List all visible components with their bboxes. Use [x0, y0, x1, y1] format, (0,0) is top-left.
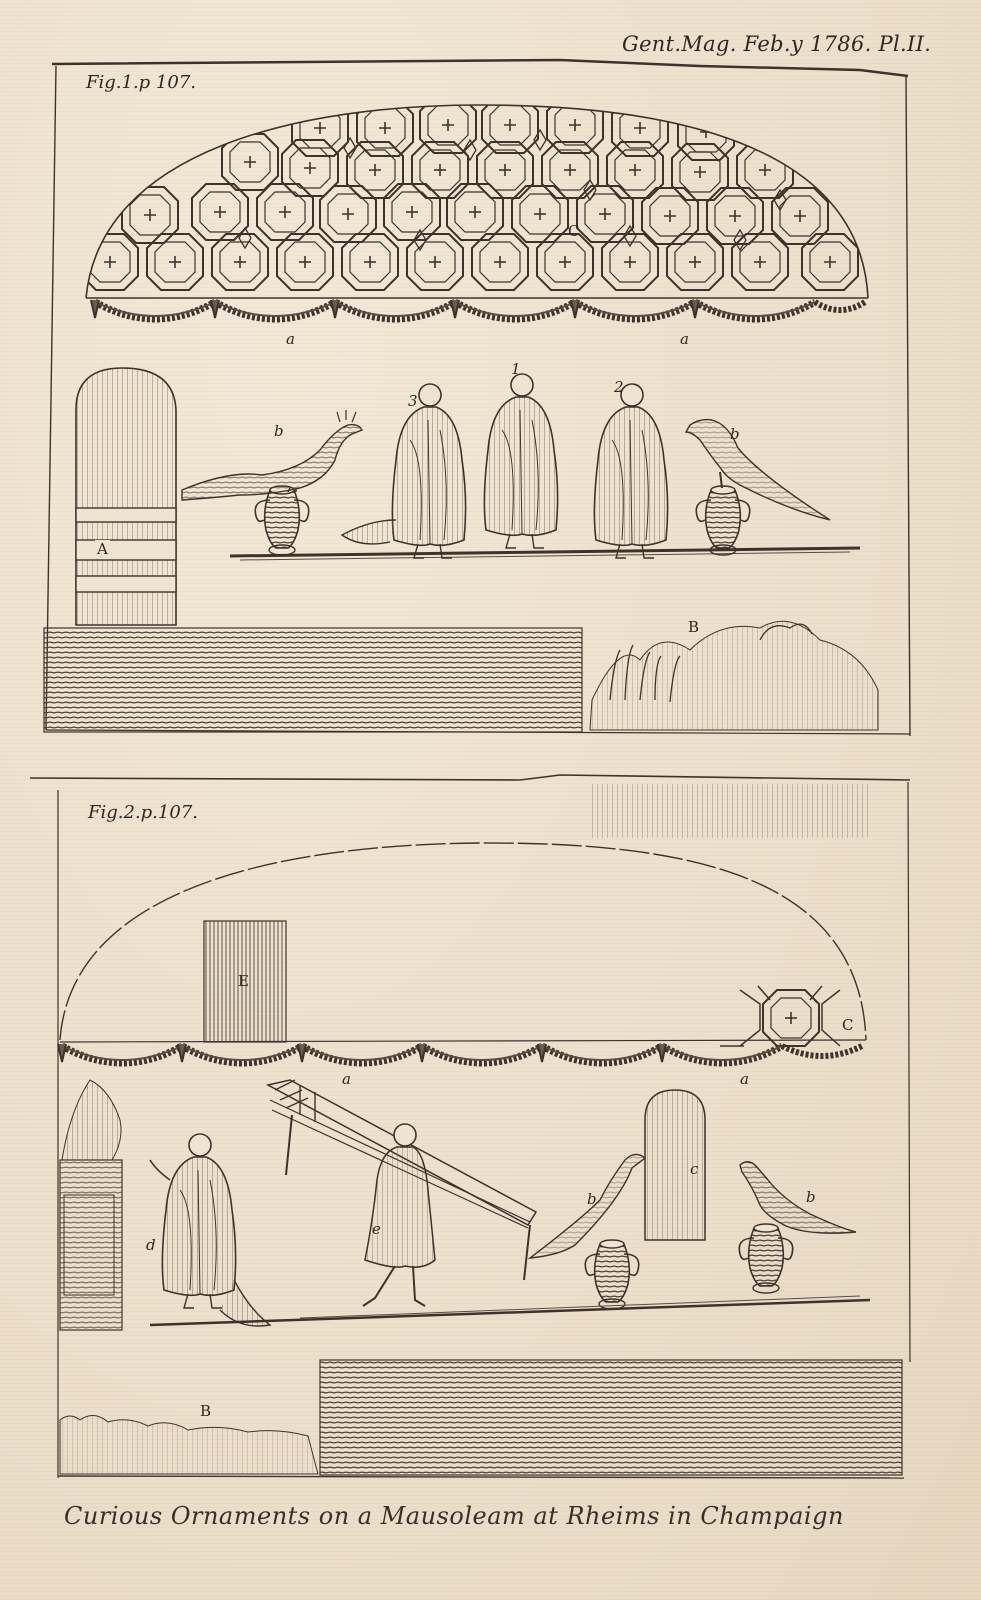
- bird-right: [686, 420, 830, 555]
- water-block-1: [44, 628, 582, 732]
- marker-b-2-left: b: [587, 1190, 597, 1208]
- marker-a-1-right: a: [680, 330, 689, 348]
- figure-2-label: Fig.2.p.107.: [88, 802, 198, 823]
- marker-b-1-right: b: [730, 425, 740, 443]
- marker-b-landscape-2: B: [200, 1402, 211, 1420]
- door-a: [76, 368, 176, 625]
- water-block-2: [320, 1360, 902, 1475]
- bird-right-2: [739, 1162, 856, 1293]
- marker-a-2-right: a: [740, 1070, 749, 1088]
- marker-a-1-left: a: [286, 330, 295, 348]
- robed-figure-d: [150, 1134, 270, 1326]
- marker-door-a: A: [95, 540, 110, 558]
- marker-3: 3: [408, 392, 418, 410]
- bird-left-2: [530, 1154, 645, 1309]
- marker-c-2: C: [842, 1016, 853, 1034]
- robed-figure-3: [342, 384, 466, 558]
- landscape-b-1: [590, 621, 878, 730]
- robed-figure-2: [594, 384, 667, 558]
- altar: [60, 1080, 122, 1330]
- marker-a-2-left: a: [342, 1070, 351, 1088]
- coffered-vault: [82, 97, 868, 298]
- marker-b-1-left: b: [274, 422, 284, 440]
- figure-1-label: Fig.1.p 107.: [86, 72, 196, 93]
- plate-caption: Curious Ornaments on a Mausoleam at Rhei…: [64, 1502, 844, 1530]
- rock-texture: [590, 784, 870, 838]
- engraving-illustration: [0, 0, 981, 1600]
- garland-frieze-1: [91, 300, 865, 319]
- coffer-c-2: [720, 986, 840, 1046]
- marker-b-landscape-1: B: [688, 618, 699, 636]
- marker-e-panel: E: [238, 972, 249, 990]
- marker-b-2-right: b: [806, 1188, 816, 1206]
- vault-outline-2: [60, 843, 866, 1042]
- marker-2: 2: [614, 378, 624, 396]
- marker-1: 1: [511, 360, 521, 378]
- marker-e-figure: e: [372, 1220, 381, 1238]
- marker-d: d: [146, 1236, 156, 1254]
- landscape-b-2: [60, 1415, 318, 1474]
- marker-c-stele: c: [690, 1160, 698, 1178]
- marker-c-1: C: [568, 222, 579, 240]
- peacock-left: [182, 410, 362, 555]
- robed-figure-1: [484, 374, 557, 548]
- garland-frieze-2: [58, 1044, 862, 1063]
